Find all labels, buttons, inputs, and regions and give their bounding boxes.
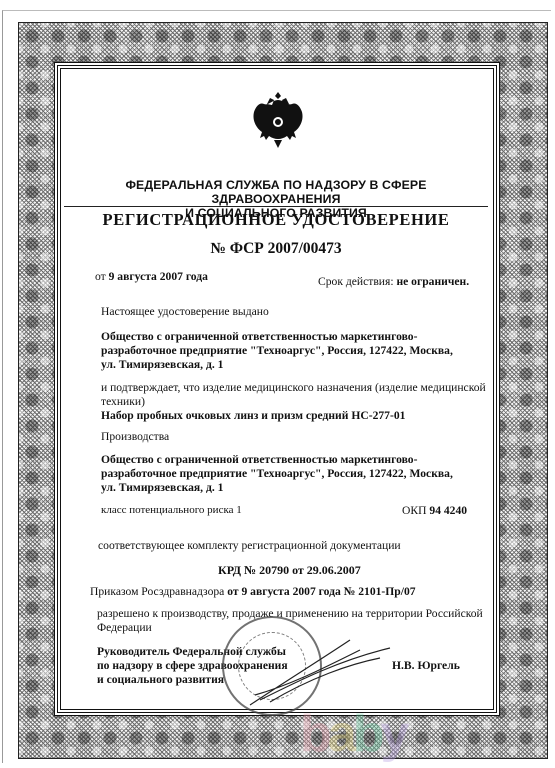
confirms-line-1: и подтверждает, что изделие медицинского…: [101, 381, 486, 395]
okp-value: 94 4240: [429, 504, 467, 517]
permission-line-2: Федерации: [97, 621, 152, 635]
signature: [240, 630, 400, 710]
issued-intro: Настоящее удостоверение выдано: [101, 305, 269, 319]
holder-line-1: Общество с ограниченной ответственностью…: [101, 330, 417, 344]
conformity-statement: соответствующее комплекту регистрационно…: [98, 539, 401, 553]
issue-date: от 9 августа 2007 года: [95, 270, 208, 284]
okp-label: ОКП: [402, 504, 429, 517]
holder-line-3: ул. Тимирязевская, д. 1: [101, 358, 223, 372]
signatory-name: Н.В. Юргель: [392, 659, 460, 673]
document-title: РЕГИСТРАЦИОННОЕ УДОСТОВЕРЕНИЕ: [62, 210, 490, 230]
validity: Срок действия: не ограничен.: [318, 275, 469, 289]
production-label: Производства: [101, 430, 169, 444]
signatory-line-3: и социального развития: [97, 673, 224, 687]
watermark-letter: y: [380, 704, 405, 764]
date-prefix: от: [95, 270, 109, 283]
manufacturer-line-3: ул. Тимирязевская, д. 1: [101, 481, 223, 495]
holder-line-2: разработочное предприятие "Техноаргус", …: [101, 344, 453, 358]
product-name: Набор пробных очковых линз и призм средн…: [101, 409, 405, 423]
agency-line-1: ФЕДЕРАЛЬНАЯ СЛУЖБА ПО НАДЗОРУ В СФЕРЕ ЗД…: [62, 178, 490, 206]
watermark-letter: b: [353, 704, 381, 764]
double-headed-eagle-icon: [246, 88, 310, 152]
date-value: 9 августа 2007 года: [109, 270, 208, 283]
watermark: baby: [300, 704, 405, 764]
order-prefix: Приказом Росздравнадзора: [90, 585, 227, 598]
manufacturer-line-2: разработочное предприятие "Техноаргус", …: [101, 467, 453, 481]
order-reference: Приказом Росздравнадзора от 9 августа 20…: [90, 585, 416, 599]
risk-class: класс потенциального риска 1: [101, 504, 242, 518]
order-value: от 9 августа 2007 года № 2101-Пр/07: [227, 585, 415, 598]
watermark-letter: b: [300, 704, 328, 764]
certificate-number: № ФСР 2007/00473: [62, 240, 490, 258]
krd-number: КРД № 20790 от 29.06.2007: [218, 564, 361, 578]
okp-code: ОКП 94 4240: [402, 504, 467, 518]
confirms-line-2: техники): [101, 395, 145, 409]
divider: [64, 206, 488, 207]
watermark-letter: a: [328, 704, 353, 764]
manufacturer-line-1: Общество с ограниченной ответственностью…: [101, 453, 417, 467]
validity-value: не ограничен.: [396, 275, 469, 288]
validity-label: Срок действия:: [318, 275, 396, 288]
